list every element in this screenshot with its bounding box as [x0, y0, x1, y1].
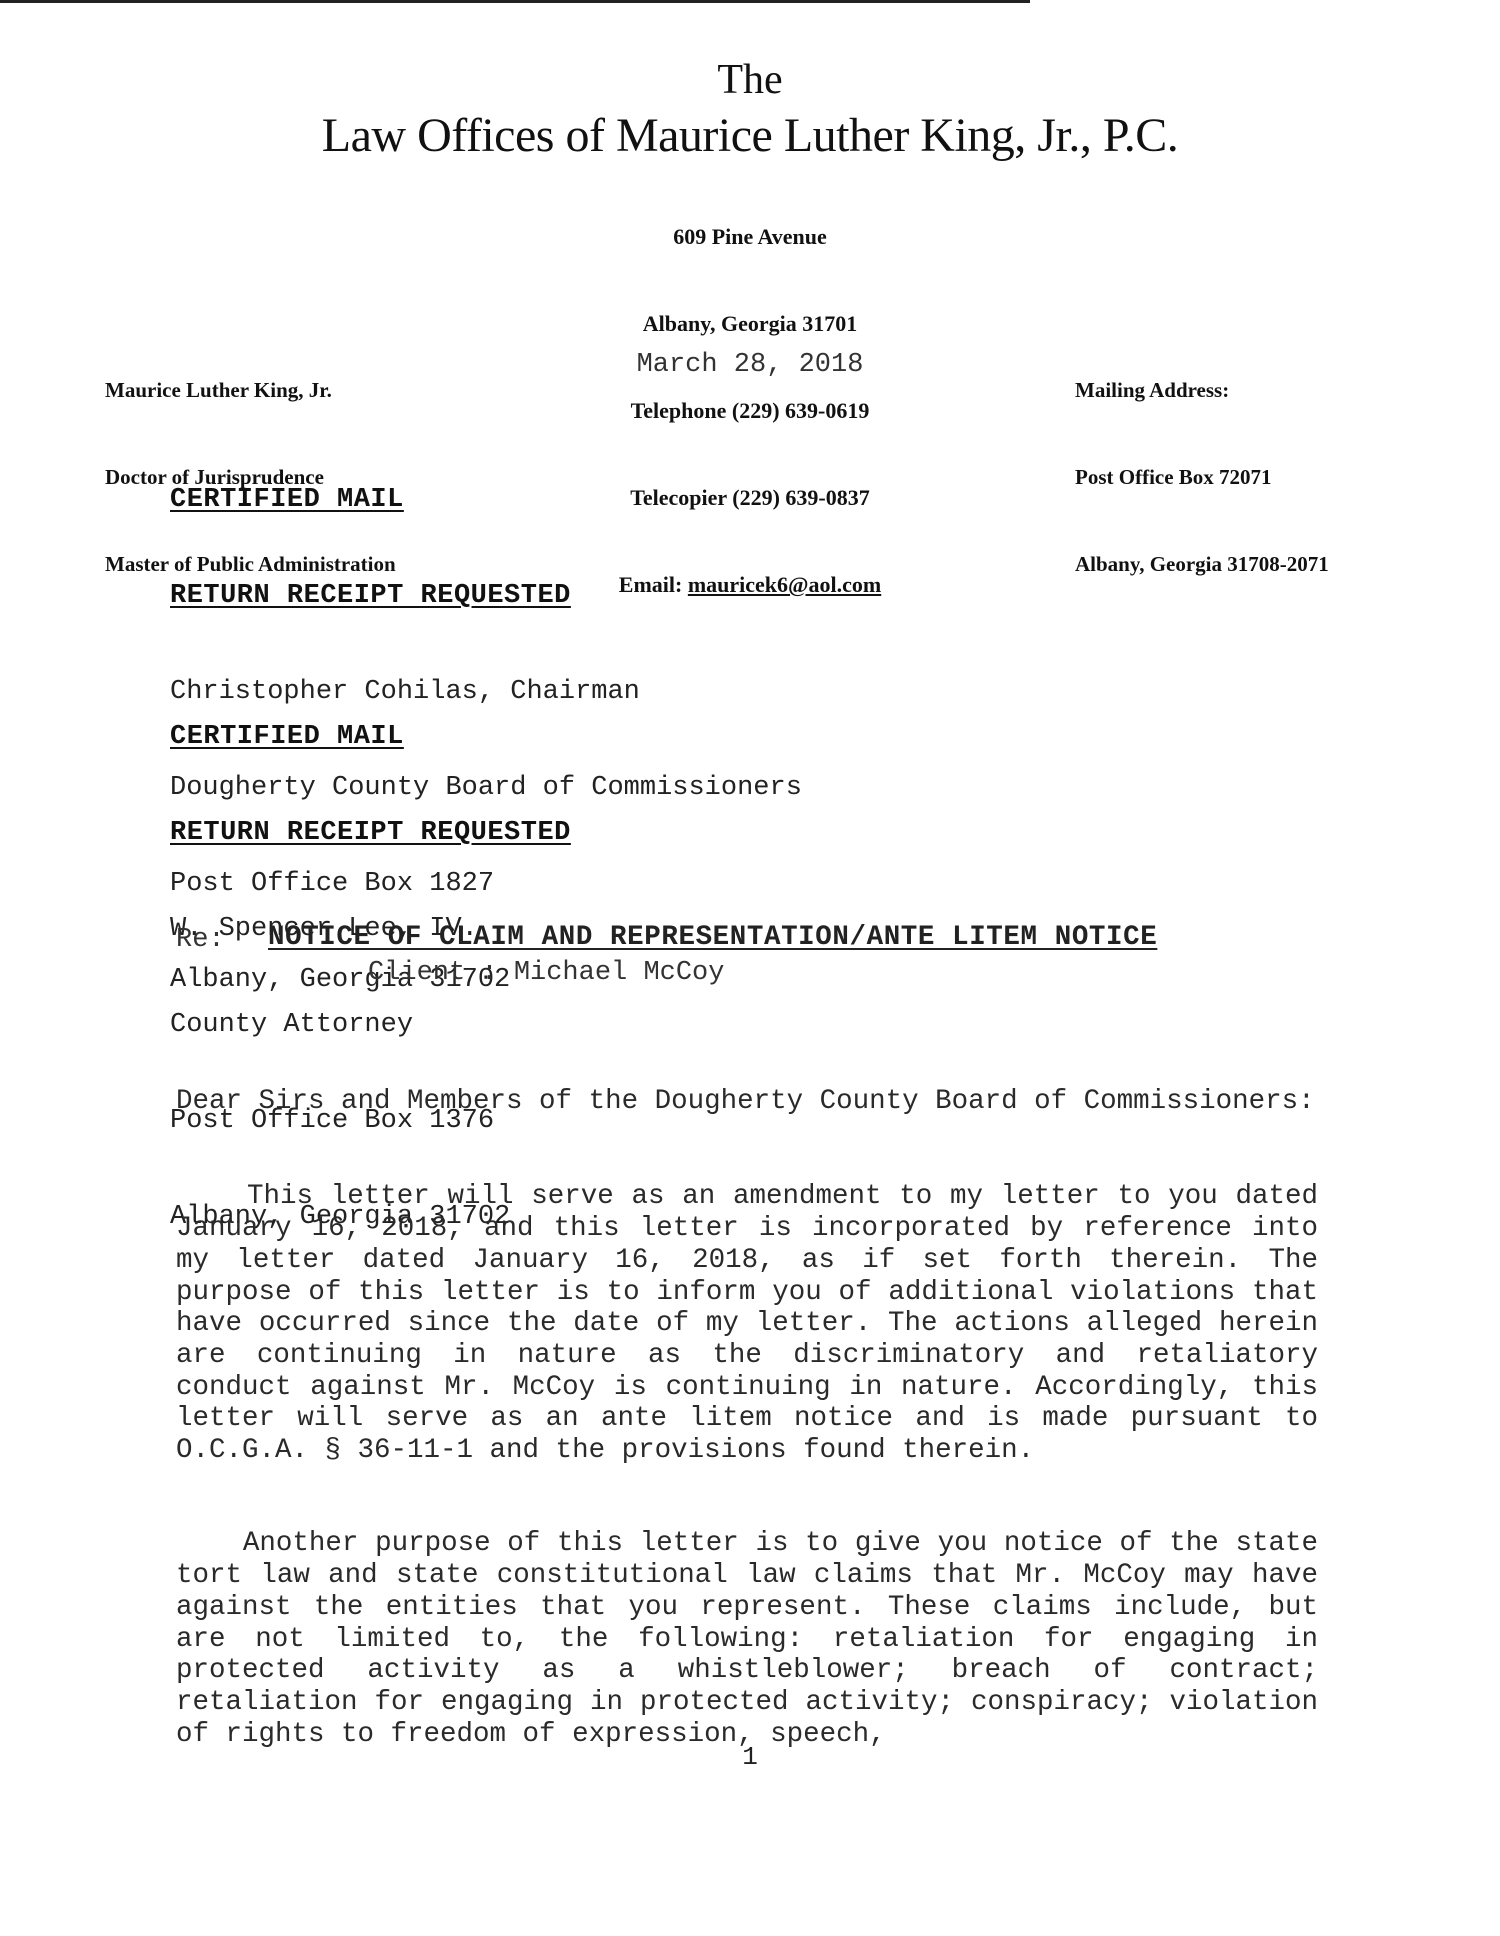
paragraph-1: This letter will serve as an amendment t…: [176, 1118, 1318, 1498]
firm-name: Law Offices of Maurice Luther King, Jr.,…: [0, 108, 1500, 163]
delivery-method: RETURN RECEIPT REQUESTED: [170, 817, 571, 849]
letterhead-prefix: The: [0, 56, 1500, 104]
attorney-name: Maurice Luther King, Jr.: [105, 376, 396, 405]
mailing-address: Mailing Address: Post Office Box 72071 A…: [1075, 318, 1329, 608]
delivery-method: CERTIFIED MAIL: [170, 721, 571, 753]
paragraph-text: Another purpose of this letter is to giv…: [176, 1528, 1318, 1750]
delivery-method: CERTIFIED MAIL: [170, 484, 802, 516]
salutation-text: Dear Sirs and Members of the Dougherty C…: [176, 1086, 1318, 1118]
paragraph-text: This letter will serve as an amendment t…: [176, 1181, 1318, 1466]
re-subject: NOTICE OF CLAIM AND REPRESENTATION/ANTE …: [268, 922, 1157, 953]
mailing-address-label: Mailing Address:: [1075, 376, 1329, 405]
page-number: 1: [0, 1742, 1500, 1772]
re-label: Re:: [176, 925, 225, 955]
scan-top-border: [0, 0, 1030, 3]
paragraph-2: Another purpose of this letter is to giv…: [176, 1465, 1318, 1782]
delivery-method: RETURN RECEIPT REQUESTED: [170, 580, 802, 612]
address-line: 609 Pine Avenue: [0, 222, 1500, 251]
mailing-address-line: Albany, Georgia 31708-2071: [1075, 550, 1329, 579]
client-line: Client : Michael McCoy: [368, 958, 724, 988]
mailing-address-line: Post Office Box 72071: [1075, 463, 1329, 492]
